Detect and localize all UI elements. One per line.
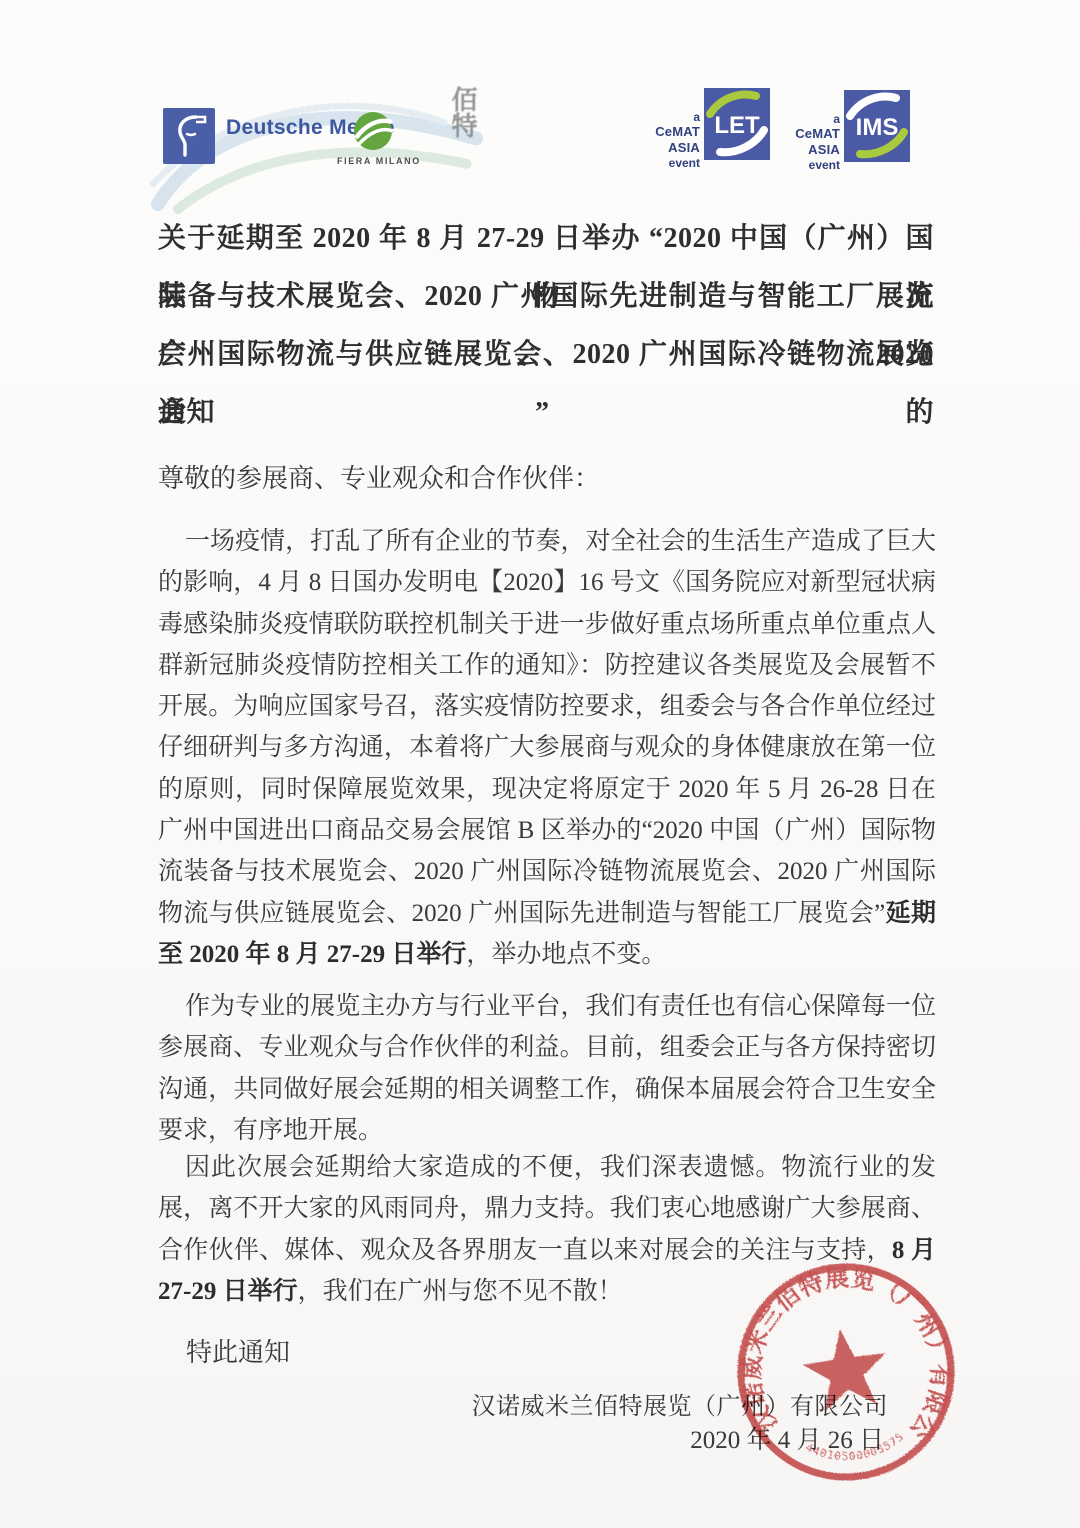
let-logo-icon: LET [704,88,770,160]
salutation: 尊敬的参展商、专业观众和合作伙伴： [158,458,600,495]
ims-logo-icon: IMS [844,90,910,162]
ims-logo-text: IMS [856,114,899,141]
cemat-asia-ims-caption: a CeMAT ASIA event [778,112,840,172]
paragraph-organizer-commitment: 作为专业的展览主办方与行业平台，我们有责任也有信心保障每一位参展商、专业观众与合… [158,986,936,1151]
fiera-milano-label: FIERA MILANO [337,156,421,166]
fiera-milano-icon [352,110,394,152]
baite-seal-logo: 佰特 [432,86,478,162]
closing-notice: 特此通知 [186,1332,290,1369]
title-line-2: 装备与技术展览会、2020 广州国际先进制造与智能工厂展览会、2020 [158,268,934,326]
cemat-ims-a: a [778,112,840,126]
title-line-1: 关于延期至 2020 年 8 月 27-29 日举办 “2020 中国（广州）国… [158,210,934,268]
company-red-stamp: 汉诺威米兰佰特展览（广州）有限公司 44010500003575 [722,1248,972,1528]
notice-title: 关于延期至 2020 年 8 月 27-29 日举办 “2020 中国（广州）国… [158,210,934,442]
cemat-let-event: event [642,156,700,170]
cemat-let-a: a [642,110,700,124]
cemat-asia-let-caption: a CeMAT ASIA event [642,110,700,170]
cemat-ims-org: CeMAT ASIA [778,126,840,157]
cemat-let-org: CeMAT ASIA [642,124,700,155]
stamp-star-icon [799,1323,893,1413]
notice-document-page: Deutsche Messe FIERA MILANO 佰特 a CeMAT A… [0,0,1080,1528]
deutsche-messe-icon [163,108,215,164]
let-logo-text: LET [714,112,760,139]
paragraph-postponement-decision: 一场疫情，打乱了所有企业的节奏，对全社会的生活生产造成了巨大的影响，4 月 8 … [158,521,936,975]
title-line-3: 广州国际物流与供应链展览会、2020 广州国际冷链物流展览会” 的 [158,326,934,384]
cemat-ims-event: event [778,158,840,172]
